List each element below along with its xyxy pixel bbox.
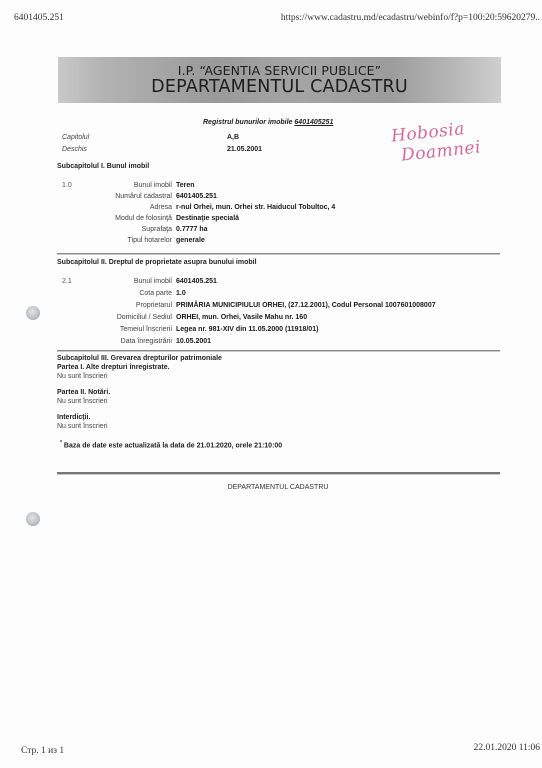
- section3-part2-title: Partea II. Notări.: [57, 389, 110, 396]
- field-value: 6401405.251: [176, 278, 217, 285]
- note-marker: *: [60, 440, 62, 446]
- section3-part3-value: Nu sunt înscrieri: [57, 423, 108, 430]
- section3-part1-title: Partea I. Alte drepturi înregistrate.: [57, 364, 170, 371]
- field-value: Teren: [176, 182, 195, 189]
- field-value: 1.0: [176, 290, 186, 297]
- field-label: Bunul imobil: [12, 182, 172, 189]
- capitolul-value: A,B: [227, 134, 239, 141]
- field-value: ORHEI, mun. Orhei, Vasile Mahu nr. 160: [176, 314, 307, 321]
- field-value: 10.05.2001: [176, 338, 211, 345]
- print-header-id: 6401405.251: [14, 13, 64, 23]
- section1-title: Subcapitolul I. Bunul imobil: [57, 163, 149, 170]
- banner-agency-name: I.P. “AGENTIA SERVICII PUBLICE”: [58, 63, 501, 78]
- field-label: Numărul cadastral: [12, 193, 172, 200]
- field-label: Suprafaţa: [12, 226, 172, 233]
- field-label: Temeiul înscrierii: [12, 326, 172, 333]
- banner-department-name: DEPARTAMENTUL CADASTRU: [58, 77, 501, 97]
- field-value: PRIMĂRIA MUNICIPIULUI ORHEI, (27.12.2001…: [176, 302, 436, 309]
- field-label: Cota parte: [12, 290, 172, 297]
- deschis-value: 21.05.2001: [227, 146, 262, 153]
- field-value: 6401405.251: [176, 193, 217, 200]
- print-footer-datetime: 22.01.2020 11:06: [474, 743, 540, 753]
- capitolul-label: Capitolul: [62, 134, 89, 141]
- section3-title: Subcapitolul III. Grevarea drepturilor p…: [57, 355, 222, 362]
- registry-number: 6401405251: [294, 119, 333, 126]
- punch-hole: [26, 512, 40, 526]
- field-value: Legea nr. 981-XIV din 11.05.2000 (11918/…: [176, 326, 318, 333]
- field-label: Tipul hotarelor: [12, 237, 172, 244]
- footer-department: DEPARTAMENTUL CADASTRU: [0, 484, 542, 491]
- registry-title-text: Registrul bunurilor imobile: [203, 119, 292, 126]
- registry-title: Registrul bunurilor imobile 6401405251: [203, 119, 333, 126]
- divider: [57, 350, 500, 352]
- deschis-label: Deschis: [62, 146, 87, 153]
- field-value: r-nul Orhei, mun. Orhei str. Haiducul To…: [176, 204, 335, 211]
- print-header-url: https://www.cadastru.md/ecadastru/webinf…: [281, 13, 540, 23]
- field-label: Adresa: [12, 204, 172, 211]
- field-label: Bunul imobil: [12, 278, 172, 285]
- database-update-note: * Baza de date este actualizată la data …: [60, 440, 282, 449]
- field-label: Modul de folosinţă: [12, 215, 172, 222]
- print-footer-page: Стр. 1 из 1: [21, 746, 64, 756]
- section3-part3-title: Interdicţii.: [57, 414, 90, 421]
- divider: [57, 253, 500, 255]
- divider: [57, 472, 500, 475]
- section3-part2-value: Nu sunt înscrieri: [57, 398, 108, 405]
- section3-part1-value: Nu sunt înscrieri: [57, 373, 108, 380]
- field-value: generale: [176, 237, 205, 244]
- field-value: Destinaţie specială: [176, 215, 239, 222]
- field-label: Data înregistrării: [12, 338, 172, 345]
- handwritten-signature: Hobosia Doamnei: [390, 118, 482, 167]
- field-value: 0.7777 ha: [176, 226, 208, 233]
- punch-hole: [26, 306, 40, 320]
- note-text: Baza de date este actualizată la data de…: [64, 442, 282, 449]
- agency-banner: I.P. “AGENTIA SERVICII PUBLICE” DEPARTAM…: [58, 57, 501, 103]
- section2-title: Subcapitolul II. Dreptul de proprietate …: [57, 259, 257, 266]
